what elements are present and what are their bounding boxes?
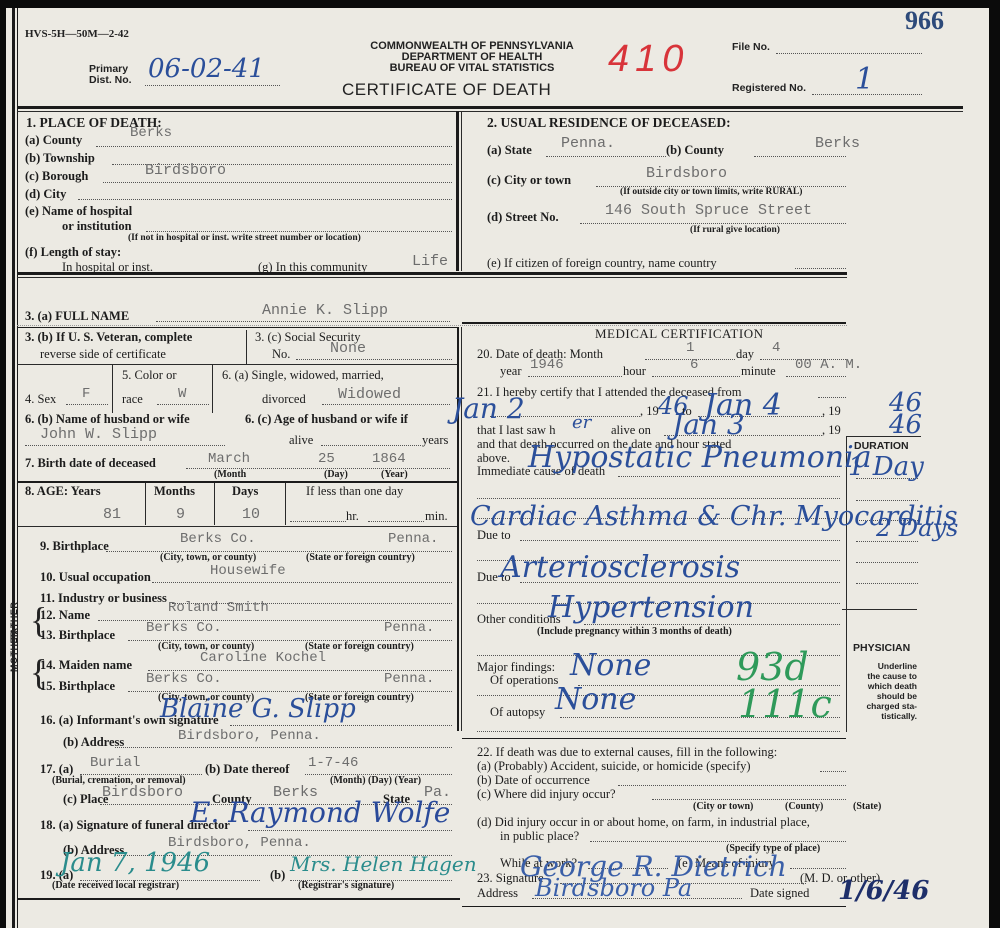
age-months-value: 9 — [176, 506, 185, 523]
external-bottom-line — [462, 906, 846, 907]
due-to-1-duration: 2 Days — [876, 514, 958, 542]
external-a-field[interactable] — [820, 771, 846, 772]
due-to-1-line — [520, 540, 840, 541]
street-line — [580, 223, 846, 224]
registrar-signature: Mrs. Helen Hagen — [290, 852, 477, 876]
full-name-line — [156, 321, 450, 322]
file-no-label: File No. — [732, 41, 770, 53]
res-city-value: Birdsboro — [646, 165, 727, 182]
death-hour-value: 6 — [690, 357, 698, 373]
primary-dist-label: Primary Dist. No. — [89, 64, 132, 86]
spouse-label: 6. (b) Name of husband or wife — [25, 412, 190, 427]
foreign-country-label: (e) If citizen of foreign country, name … — [487, 256, 717, 271]
registrar-sig-label: (b) — [270, 868, 285, 883]
physician-address-label: Address — [477, 886, 518, 901]
immediate-cause-line — [618, 476, 840, 477]
duration-column-border — [846, 436, 847, 732]
mother-maiden-label: 14. Maiden name — [40, 658, 132, 673]
city-field[interactable] — [78, 199, 452, 200]
foreign-country-field[interactable] — [795, 268, 846, 269]
age-min-field[interactable] — [368, 521, 424, 522]
physician-heading: PHYSICIAN — [853, 642, 910, 654]
registered-no-value: 1 — [855, 62, 874, 97]
occupation-value: Housewife — [210, 563, 286, 579]
state-line — [546, 156, 666, 157]
date-thereof-caption: (Month) (Day) (Year) — [330, 775, 421, 786]
informant-address-line — [115, 747, 452, 748]
external-c-city-caption: (City or town) — [693, 801, 753, 812]
veteran-label: 3. (b) If U. S. Veteran, complete — [25, 330, 192, 345]
father-side-label: FATHER — [9, 602, 19, 640]
stay-community-value: Life — [412, 253, 448, 270]
death-year-line — [528, 376, 622, 377]
marital-value: Widowed — [338, 386, 401, 403]
veteran-top-line — [17, 327, 457, 328]
external-b-label: (b) Date of occurrence — [477, 773, 590, 788]
father-name-label: 12. Name — [40, 608, 90, 623]
divorced-label: divorced — [262, 392, 306, 407]
section-1-bottom-inner — [17, 277, 847, 278]
birth-day: 25 — [318, 451, 335, 467]
external-d-field[interactable] — [590, 841, 846, 842]
death-day-value: 4 — [772, 340, 780, 356]
funeral-director-line — [248, 830, 452, 831]
hospital-label: (e) Name of hospital — [25, 204, 132, 219]
form-code: HVS-5H—50M—2-42 — [25, 28, 129, 40]
less-than-day-label: If less than one day — [306, 484, 403, 499]
duration-line-6 — [856, 583, 918, 584]
residence-heading: 2. USUAL RESIDENCE OF DECEASED: — [487, 115, 731, 131]
primary-dist-line — [145, 85, 280, 86]
birthplace-city-caption: (City, town, or county) — [160, 552, 256, 563]
spouse-line — [25, 445, 225, 446]
birth-year: 1864 — [372, 451, 406, 467]
year-caption: (Year) — [381, 469, 408, 480]
spouse-value: John W. Slipp — [40, 426, 157, 443]
dist-no-label: Dist. No. — [89, 75, 132, 86]
informant-signature-line — [230, 725, 452, 726]
registrar-date-caption: (Date received local registrar) — [52, 880, 179, 891]
medical-top-line — [462, 322, 846, 324]
spouse-age-label: 6. (c) Age of husband or wife if — [245, 412, 408, 427]
hospital-note: (If not in hospital or inst. write stree… — [128, 233, 361, 243]
birth-month: March — [208, 451, 250, 467]
physician-note-2: the cause to — [853, 671, 917, 681]
duration-bottom-line — [842, 609, 917, 610]
medical-heading: MEDICAL CERTIFICATION — [595, 326, 763, 342]
external-d-label: (d) Did injury occur in or about home, o… — [477, 815, 810, 830]
township-label: (b) Township — [25, 151, 95, 166]
mother-birth-state: Penna. — [384, 671, 434, 687]
month-caption: (Month — [214, 469, 246, 480]
of-operations-label: Of operations — [490, 673, 558, 688]
stat-code-2: 111c — [738, 682, 832, 726]
borough-value: Birdsboro — [145, 162, 226, 179]
attended-from-value: Jan 2 — [452, 392, 525, 425]
father-birth-state: Penna. — [384, 620, 434, 636]
death-minute-line — [786, 376, 846, 377]
industry-label: 11. Industry or business — [40, 591, 167, 606]
stamp-number: 966 — [905, 6, 944, 36]
funeral-director-signature: E. Raymond Wolfe — [190, 796, 450, 829]
street-note: (If rural give location) — [690, 225, 780, 235]
age-bottom-line — [17, 526, 457, 527]
age-years-label: 8. AGE: Years — [25, 484, 101, 499]
other-conditions-note: (Include pregnancy within 3 months of de… — [537, 626, 732, 637]
physician-note-3: which death — [853, 681, 917, 691]
county-line — [96, 146, 452, 147]
medical-bottom-line — [462, 738, 846, 739]
autopsy-line-bottom — [477, 731, 840, 732]
age-days-label: Days — [232, 484, 258, 499]
place-value: Birdsboro — [102, 784, 183, 801]
res-county-value: Berks — [815, 135, 860, 152]
disposition-value: Burial — [90, 755, 140, 771]
left-border-inner — [17, 8, 18, 928]
duration-line-5 — [856, 562, 918, 563]
race-line — [157, 404, 209, 405]
mother-birth-city: Berks Co. — [146, 671, 222, 687]
father-birth-city: Berks Co. — [146, 620, 222, 636]
external-d-label-2: in public place? — [500, 829, 579, 844]
section-divider — [456, 111, 459, 271]
veteran-label-2: reverse side of certificate — [40, 347, 166, 362]
of-autopsy-label: Of autopsy — [490, 705, 545, 720]
day-caption: (Day) — [324, 469, 348, 480]
immediate-cause-value: Hypostatic Pneumonia — [528, 440, 872, 475]
immediate-duration: 1 Day — [848, 452, 924, 482]
external-c-field[interactable] — [652, 799, 846, 800]
street-value: 146 South Spruce Street — [605, 202, 812, 219]
res-county-line — [754, 156, 846, 157]
res-city-label: (c) City or town — [487, 173, 571, 188]
res-county-label: (b) County — [666, 143, 724, 158]
ssn-no-label: No. — [272, 347, 290, 362]
day-label: day — [736, 347, 754, 362]
res-city-note: (If outside city or town limits, write R… — [620, 187, 802, 197]
means-of-injury-field[interactable] — [790, 868, 846, 869]
registrar-sig-caption: (Registrar's signature) — [298, 880, 394, 891]
registered-no-label: Registered No. — [732, 82, 806, 94]
county-label: (a) County — [25, 133, 82, 148]
header-divider — [17, 106, 963, 109]
min-label: min. — [425, 509, 448, 524]
section-1-bottom — [17, 272, 847, 275]
physician-note-4: should be — [853, 691, 917, 701]
age-divider-3 — [285, 483, 286, 525]
date-signed-label: Date signed — [750, 886, 809, 901]
color-divider — [212, 365, 213, 413]
institution-label: or institution — [62, 219, 132, 234]
from-year-prefix: , 19 — [640, 404, 659, 419]
hour-label: hour — [623, 364, 646, 379]
to-year-prefix: , 19 — [822, 404, 841, 419]
date-thereof-label: (b) Date thereof — [205, 762, 289, 777]
father-name-value: Roland Smith — [168, 600, 269, 616]
primary-dist-value: 06-02-41 — [148, 54, 265, 84]
informant-signature: Blaine G. Slipp — [160, 694, 356, 724]
death-year-value: 1946 — [530, 357, 564, 373]
due-to-2-value: Arteriosclerosis — [500, 550, 740, 585]
red-number: 410 — [608, 38, 689, 81]
agency-header: COMMONWEALTH OF PENNSYLVANIA DEPARTMENT … — [342, 41, 602, 74]
external-heading: 22. If death was due to external causes,… — [477, 745, 777, 760]
left-border — [12, 8, 15, 928]
sex-line — [66, 404, 108, 405]
age-divider-1 — [145, 483, 146, 525]
borough-line — [103, 182, 452, 183]
sex-value: F — [82, 386, 90, 402]
birthplace-state: Penna. — [388, 531, 438, 547]
informant-address-value: Birdsboro, Penna. — [178, 728, 321, 744]
birthplace-state-caption: (State or foreign country) — [306, 552, 415, 563]
physician-note-1: Underline — [853, 661, 917, 671]
birth-bottom-line — [17, 481, 457, 483]
alive-label: alive — [289, 433, 313, 448]
full-name-label: 3. (a) FULL NAME — [25, 309, 129, 324]
agency-line-3: BUREAU OF VITAL STATISTICS — [342, 63, 602, 74]
cause-line-2 — [477, 498, 840, 499]
county-value: Berks — [130, 125, 172, 141]
hospital-field[interactable] — [146, 231, 452, 232]
age-divider-2 — [214, 483, 215, 525]
registrar-date-value: Jan 7, 1946 — [60, 848, 210, 878]
other-conditions-value: Hypertension — [548, 590, 754, 625]
mother-maiden-value: Caroline Kochel — [200, 650, 326, 666]
street-label: (d) Street No. — [487, 210, 559, 225]
death-month-value: 1 — [686, 340, 694, 356]
last-saw-year-prefix: , 19 — [822, 423, 841, 438]
external-c-county-caption: (County) — [785, 801, 823, 812]
sex-divider — [112, 365, 113, 413]
race-value: W — [178, 386, 186, 402]
certificate-title: CERTIFICATE OF DEATH — [342, 80, 551, 100]
ssn-line — [296, 359, 452, 360]
birthplace-city: Berks Co. — [180, 531, 256, 547]
duration-top-border — [846, 436, 921, 437]
left-col-bottom-line — [17, 898, 460, 900]
hr-label: hr. — [346, 509, 359, 524]
length-of-stay-label: (f) Length of stay: — [25, 245, 121, 260]
left-col-right-border-inner — [461, 327, 462, 731]
certify-line — [818, 397, 846, 398]
age-days-value: 10 — [242, 506, 260, 523]
birthplace-label: 9. Birthplace — [40, 539, 109, 554]
sex-label: 4. Sex — [25, 392, 56, 407]
state-value: Penna. — [561, 135, 615, 152]
occupation-label: 10. Usual occupation — [40, 570, 151, 585]
marital-line — [322, 404, 450, 405]
external-b-field[interactable] — [618, 785, 846, 786]
ssn-bottom-line — [17, 364, 457, 365]
minute-label: minute — [741, 364, 776, 379]
age-months-label: Months — [154, 484, 195, 499]
father-birthplace-label: 13. Birthplace — [40, 628, 115, 643]
section-divider-inner — [461, 111, 462, 271]
physician-note-5: charged sta- — [853, 701, 917, 711]
external-c-label: (c) Where did injury occur? — [477, 787, 616, 802]
race-label: race — [122, 392, 143, 407]
autopsy-value: None — [555, 682, 636, 717]
marital-label: 6. (a) Single, widowed, married, — [222, 368, 384, 383]
borough-label: (c) Borough — [25, 169, 88, 184]
operations-value: None — [570, 648, 651, 683]
city-label: (d) City — [25, 187, 66, 202]
age-hr-field[interactable] — [290, 521, 346, 522]
external-a-label: (a) (Probably) Accident, suicide, or hom… — [477, 759, 751, 774]
physician-address-value: Birdsboro Pa — [535, 874, 692, 902]
death-minute-value: 00 A. M. — [795, 357, 862, 373]
last-saw-label: that I last saw h — [477, 423, 555, 438]
last-saw-pronoun: er — [572, 412, 591, 433]
file-no-field[interactable] — [776, 53, 922, 54]
state-label: (a) State — [487, 143, 532, 158]
physician-note: Underline the cause to which death shoul… — [853, 661, 917, 721]
birth-date-label: 7. Birth date of deceased — [25, 456, 156, 471]
left-col-right-border — [457, 327, 459, 731]
veteran-divider — [246, 330, 247, 364]
header-divider-inner — [17, 111, 963, 112]
full-name-value: Annie K. Slipp — [262, 302, 388, 319]
occupation-line — [152, 582, 452, 583]
years-unit: years — [422, 433, 448, 448]
physician-note-6: tistically. — [853, 711, 917, 721]
year-label: year — [500, 364, 522, 379]
death-hour-line — [652, 376, 740, 377]
date-thereof-value: 1-7-46 — [308, 755, 358, 771]
spouse-age-field[interactable] — [321, 445, 421, 446]
date-signed-value: 1/6/46 — [838, 876, 929, 906]
alive-on-label: alive on — [611, 423, 651, 438]
age-years-value: 81 — [103, 506, 121, 523]
external-c-state-caption: (State) — [853, 801, 881, 812]
color-label: 5. Color or — [122, 368, 177, 383]
mother-birthplace-label: 15. Birthplace — [40, 679, 115, 694]
ssn-value: None — [330, 340, 366, 357]
